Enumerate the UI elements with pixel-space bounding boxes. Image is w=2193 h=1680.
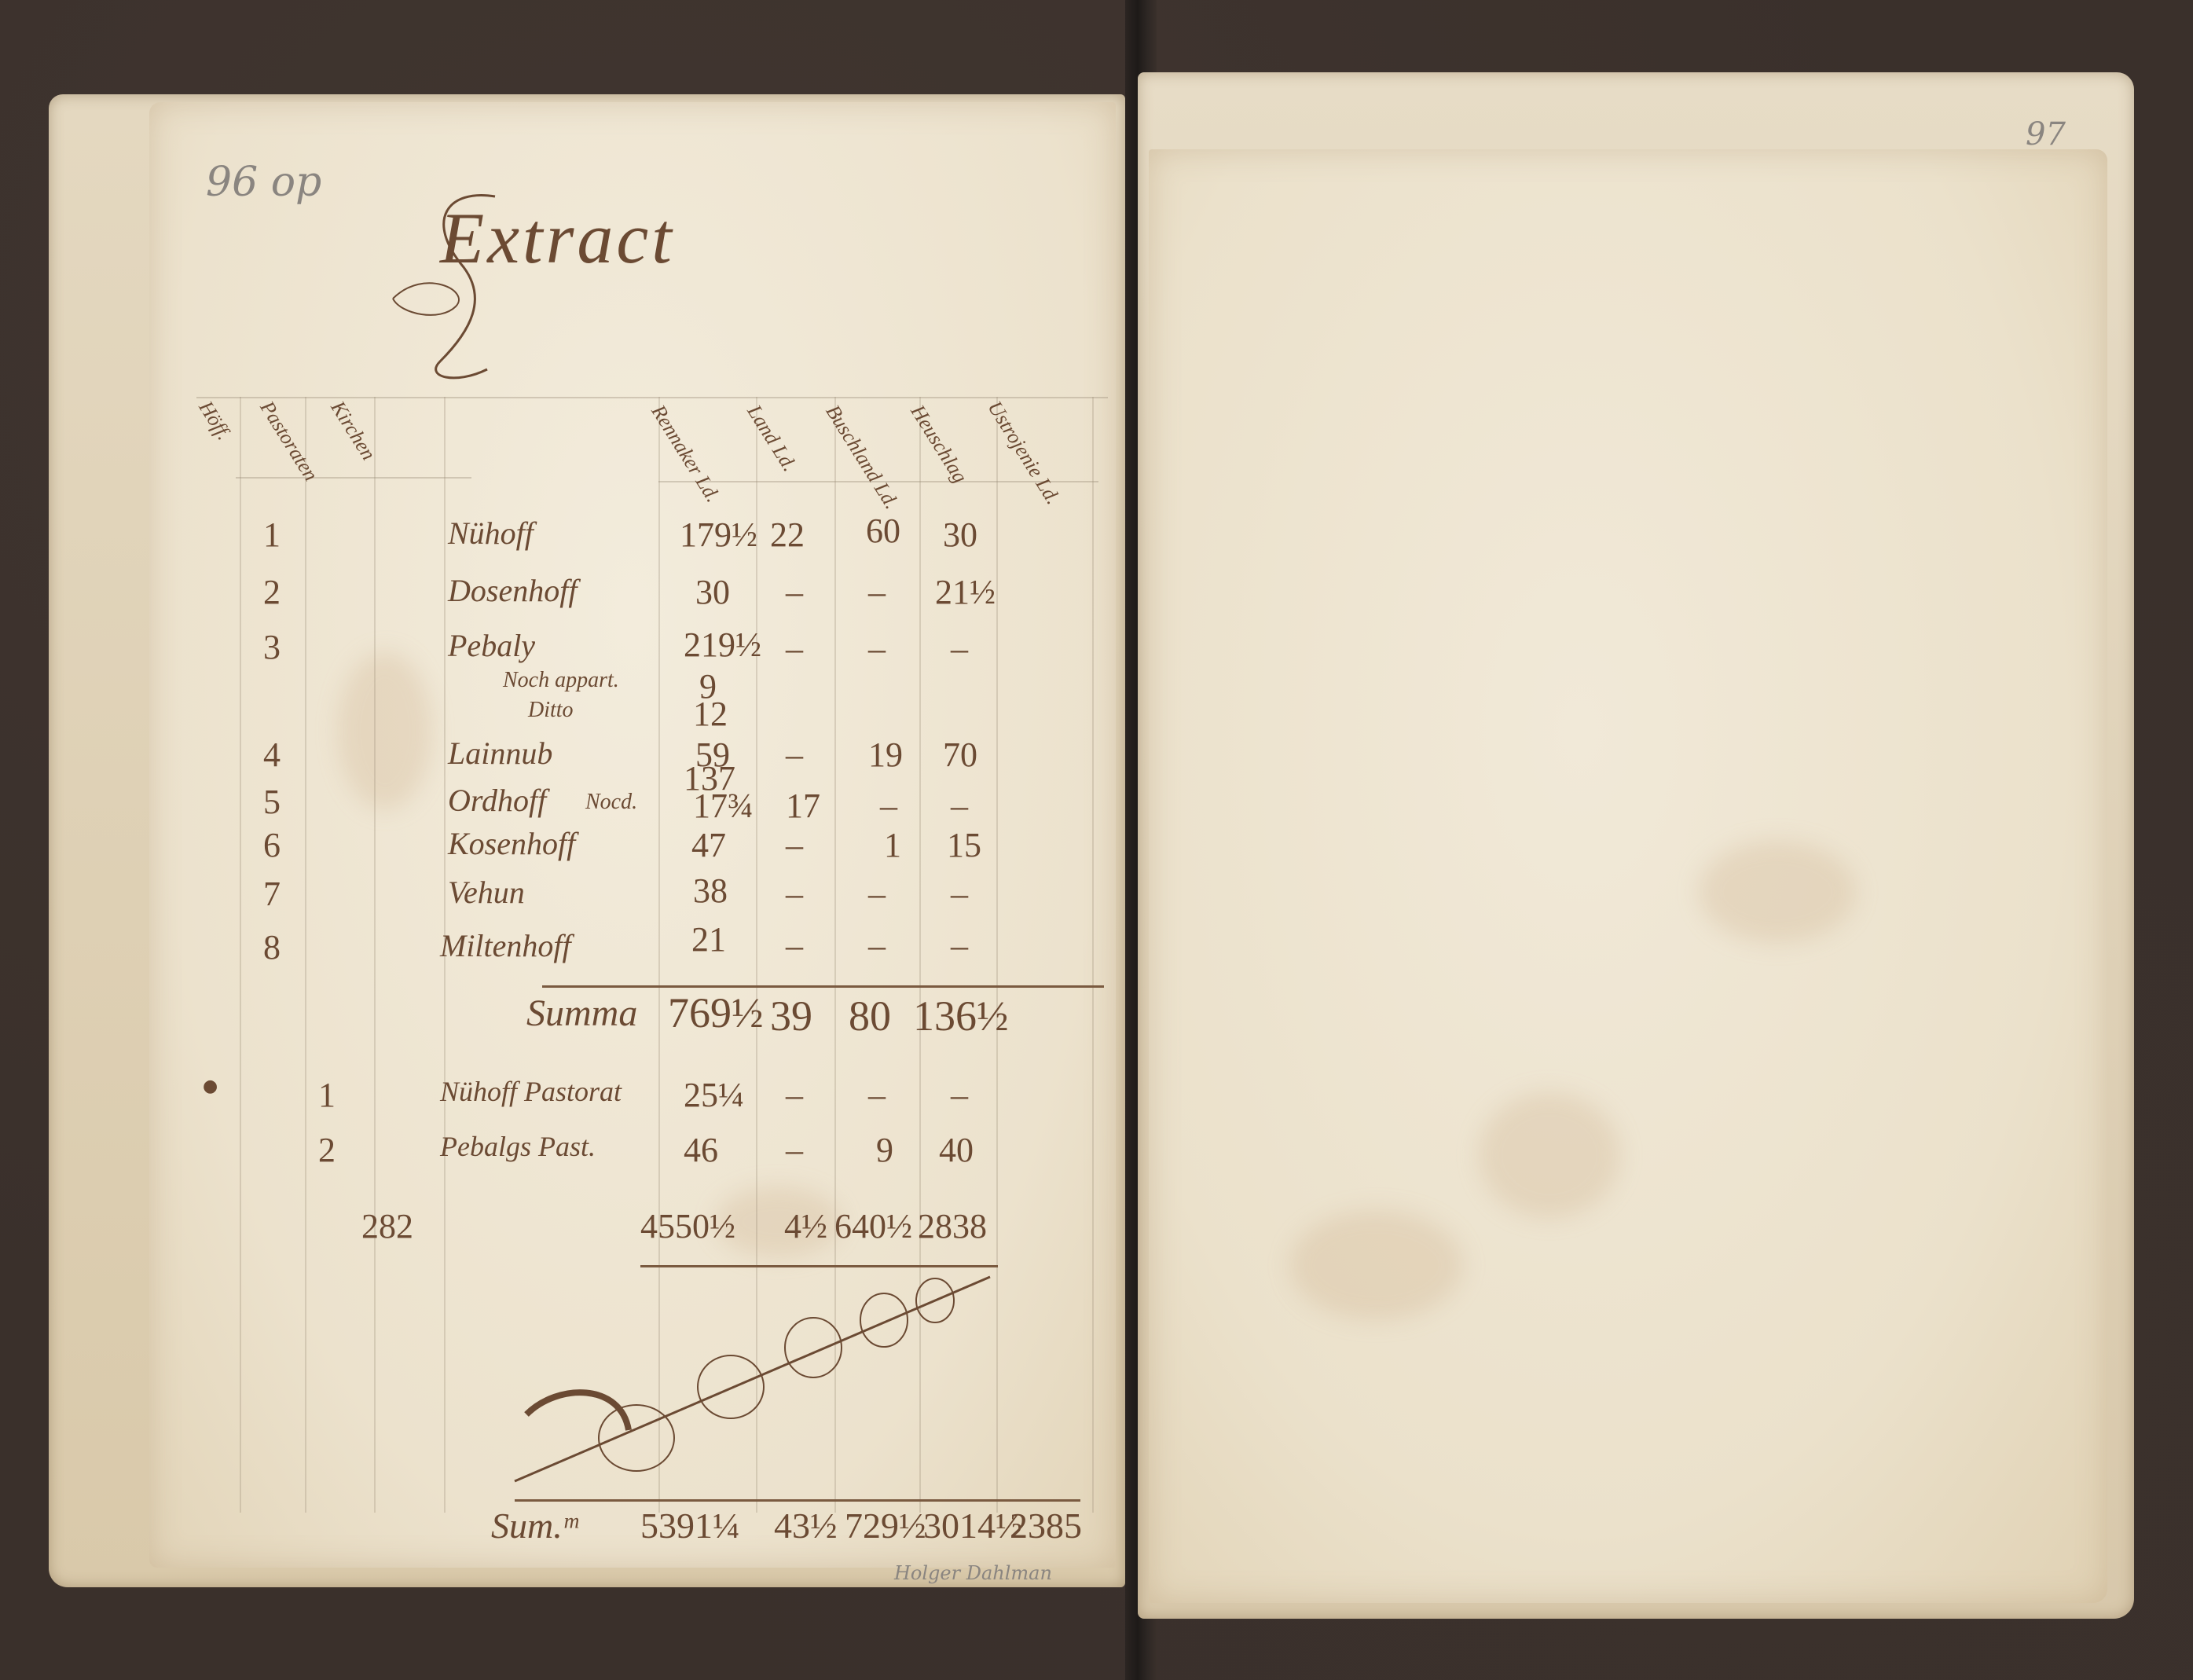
row-value: 60 (866, 511, 900, 551)
row-value: – (868, 874, 886, 914)
church-value: 4550½ (640, 1206, 735, 1246)
row-value: – (786, 926, 803, 966)
pastorate-value: – (951, 1075, 968, 1115)
row-value: 47 (691, 825, 726, 865)
church-value: 2838 (918, 1206, 987, 1246)
row-name: Lainnub (448, 735, 552, 772)
row-value: – (951, 874, 968, 914)
ink-blot-icon: ● (203, 1077, 218, 1096)
row-value: 22 (770, 515, 805, 555)
pencil-signature: Holger Dahlman (894, 1562, 1052, 1584)
right-page (1149, 149, 2107, 1603)
row-number: 6 (263, 825, 281, 865)
closing-flourish-icon (471, 1257, 1021, 1517)
total-rule-bottom (515, 1499, 1080, 1502)
pastorate-number: 1 (318, 1075, 336, 1115)
row-value: 70 (943, 735, 977, 775)
pastorate-value: 25¼ (684, 1075, 744, 1115)
subtotal-value: 39 (770, 992, 812, 1040)
row-value: 21½ (935, 572, 996, 612)
row-value: 15 (947, 825, 981, 865)
grid-line (374, 397, 376, 1513)
row-value: – (951, 786, 968, 826)
row-value: 19 (868, 735, 903, 775)
row-name: Vehun (448, 874, 525, 911)
pastorate-value: – (868, 1075, 886, 1115)
pastorate-name: Pebalgs Past. (440, 1130, 596, 1163)
grand-total-label: Sum.ᵐ (491, 1505, 578, 1546)
row-number: 8 (263, 927, 281, 967)
subtotal-value: 136½ (913, 992, 1009, 1040)
row-value: – (868, 926, 886, 966)
row-value: 1 (884, 825, 901, 865)
row-number: 4 (263, 735, 281, 775)
row-value: – (951, 629, 968, 669)
subtotal-label: Summa (526, 992, 637, 1035)
row-number: 7 (263, 874, 281, 914)
pastorate-value: 40 (939, 1130, 974, 1170)
row-value: 17 (786, 786, 820, 826)
row-name: Kosenhoff (448, 825, 575, 862)
row-name: Noch appart. (503, 668, 619, 693)
row-value: 21 (691, 919, 726, 959)
row-value: – (786, 874, 803, 914)
row-name: Ordhoff (448, 782, 546, 819)
row-name: Miltenhoff (440, 927, 571, 964)
church-value: 4½ (784, 1206, 827, 1246)
pastorate-value: – (786, 1130, 803, 1170)
grid-line (305, 397, 306, 1513)
row-value: – (786, 735, 803, 775)
row-name: Pebaly (448, 627, 535, 664)
grid-line (1092, 397, 1094, 1513)
row-value: 30 (695, 572, 730, 612)
row-number: 5 (263, 782, 281, 822)
row-value: – (868, 629, 886, 669)
row-name: Ditto (528, 698, 574, 723)
grand-total-value: 43½ (774, 1505, 838, 1546)
row-value: 219½ (684, 625, 761, 665)
grid-line (236, 477, 471, 479)
row-value: – (880, 786, 897, 826)
grand-total-value: 2385 (1010, 1505, 1082, 1546)
grand-total-value: 729½ (845, 1505, 926, 1546)
row-name: Dosenhoff (448, 572, 577, 609)
row-value: 12 (693, 694, 728, 734)
row-number: 1 (263, 515, 281, 555)
row-value: 17¾ (693, 786, 754, 826)
row-value: 38 (693, 871, 728, 911)
row-value: 179½ (680, 515, 757, 555)
grand-total-value: 5391¼ (640, 1505, 740, 1546)
pastorate-number: 2 (318, 1130, 336, 1170)
page-title: Extract (440, 196, 675, 280)
folio-number-left: 96 op (206, 159, 321, 206)
row-value: – (786, 629, 803, 669)
row-value: – (786, 572, 803, 612)
row-name: Nocd. (585, 790, 637, 815)
row-value: 30 (943, 515, 977, 555)
grid-line (196, 397, 1108, 398)
pastorate-value: 46 (684, 1130, 718, 1170)
row-name: Nühoff (448, 515, 534, 552)
church-count: 282 (361, 1206, 413, 1246)
row-number: 3 (263, 627, 281, 667)
pastorate-value: – (786, 1075, 803, 1115)
row-value: – (951, 926, 968, 966)
subtotal-rule (542, 985, 1104, 988)
row-value: – (786, 825, 803, 865)
pastorate-name: Nühoff Pastorat (440, 1075, 622, 1108)
church-value: 640½ (834, 1206, 912, 1246)
pastorate-value: 9 (876, 1130, 893, 1170)
subtotal-value: 769½ (668, 989, 764, 1037)
subtotal-value: 80 (849, 992, 891, 1040)
grand-total-value: 3014½ (923, 1505, 1023, 1546)
row-value: – (868, 572, 886, 612)
folio-number-right: 97 (2026, 116, 2066, 152)
row-number: 2 (263, 572, 281, 612)
grid-line (240, 397, 241, 1513)
